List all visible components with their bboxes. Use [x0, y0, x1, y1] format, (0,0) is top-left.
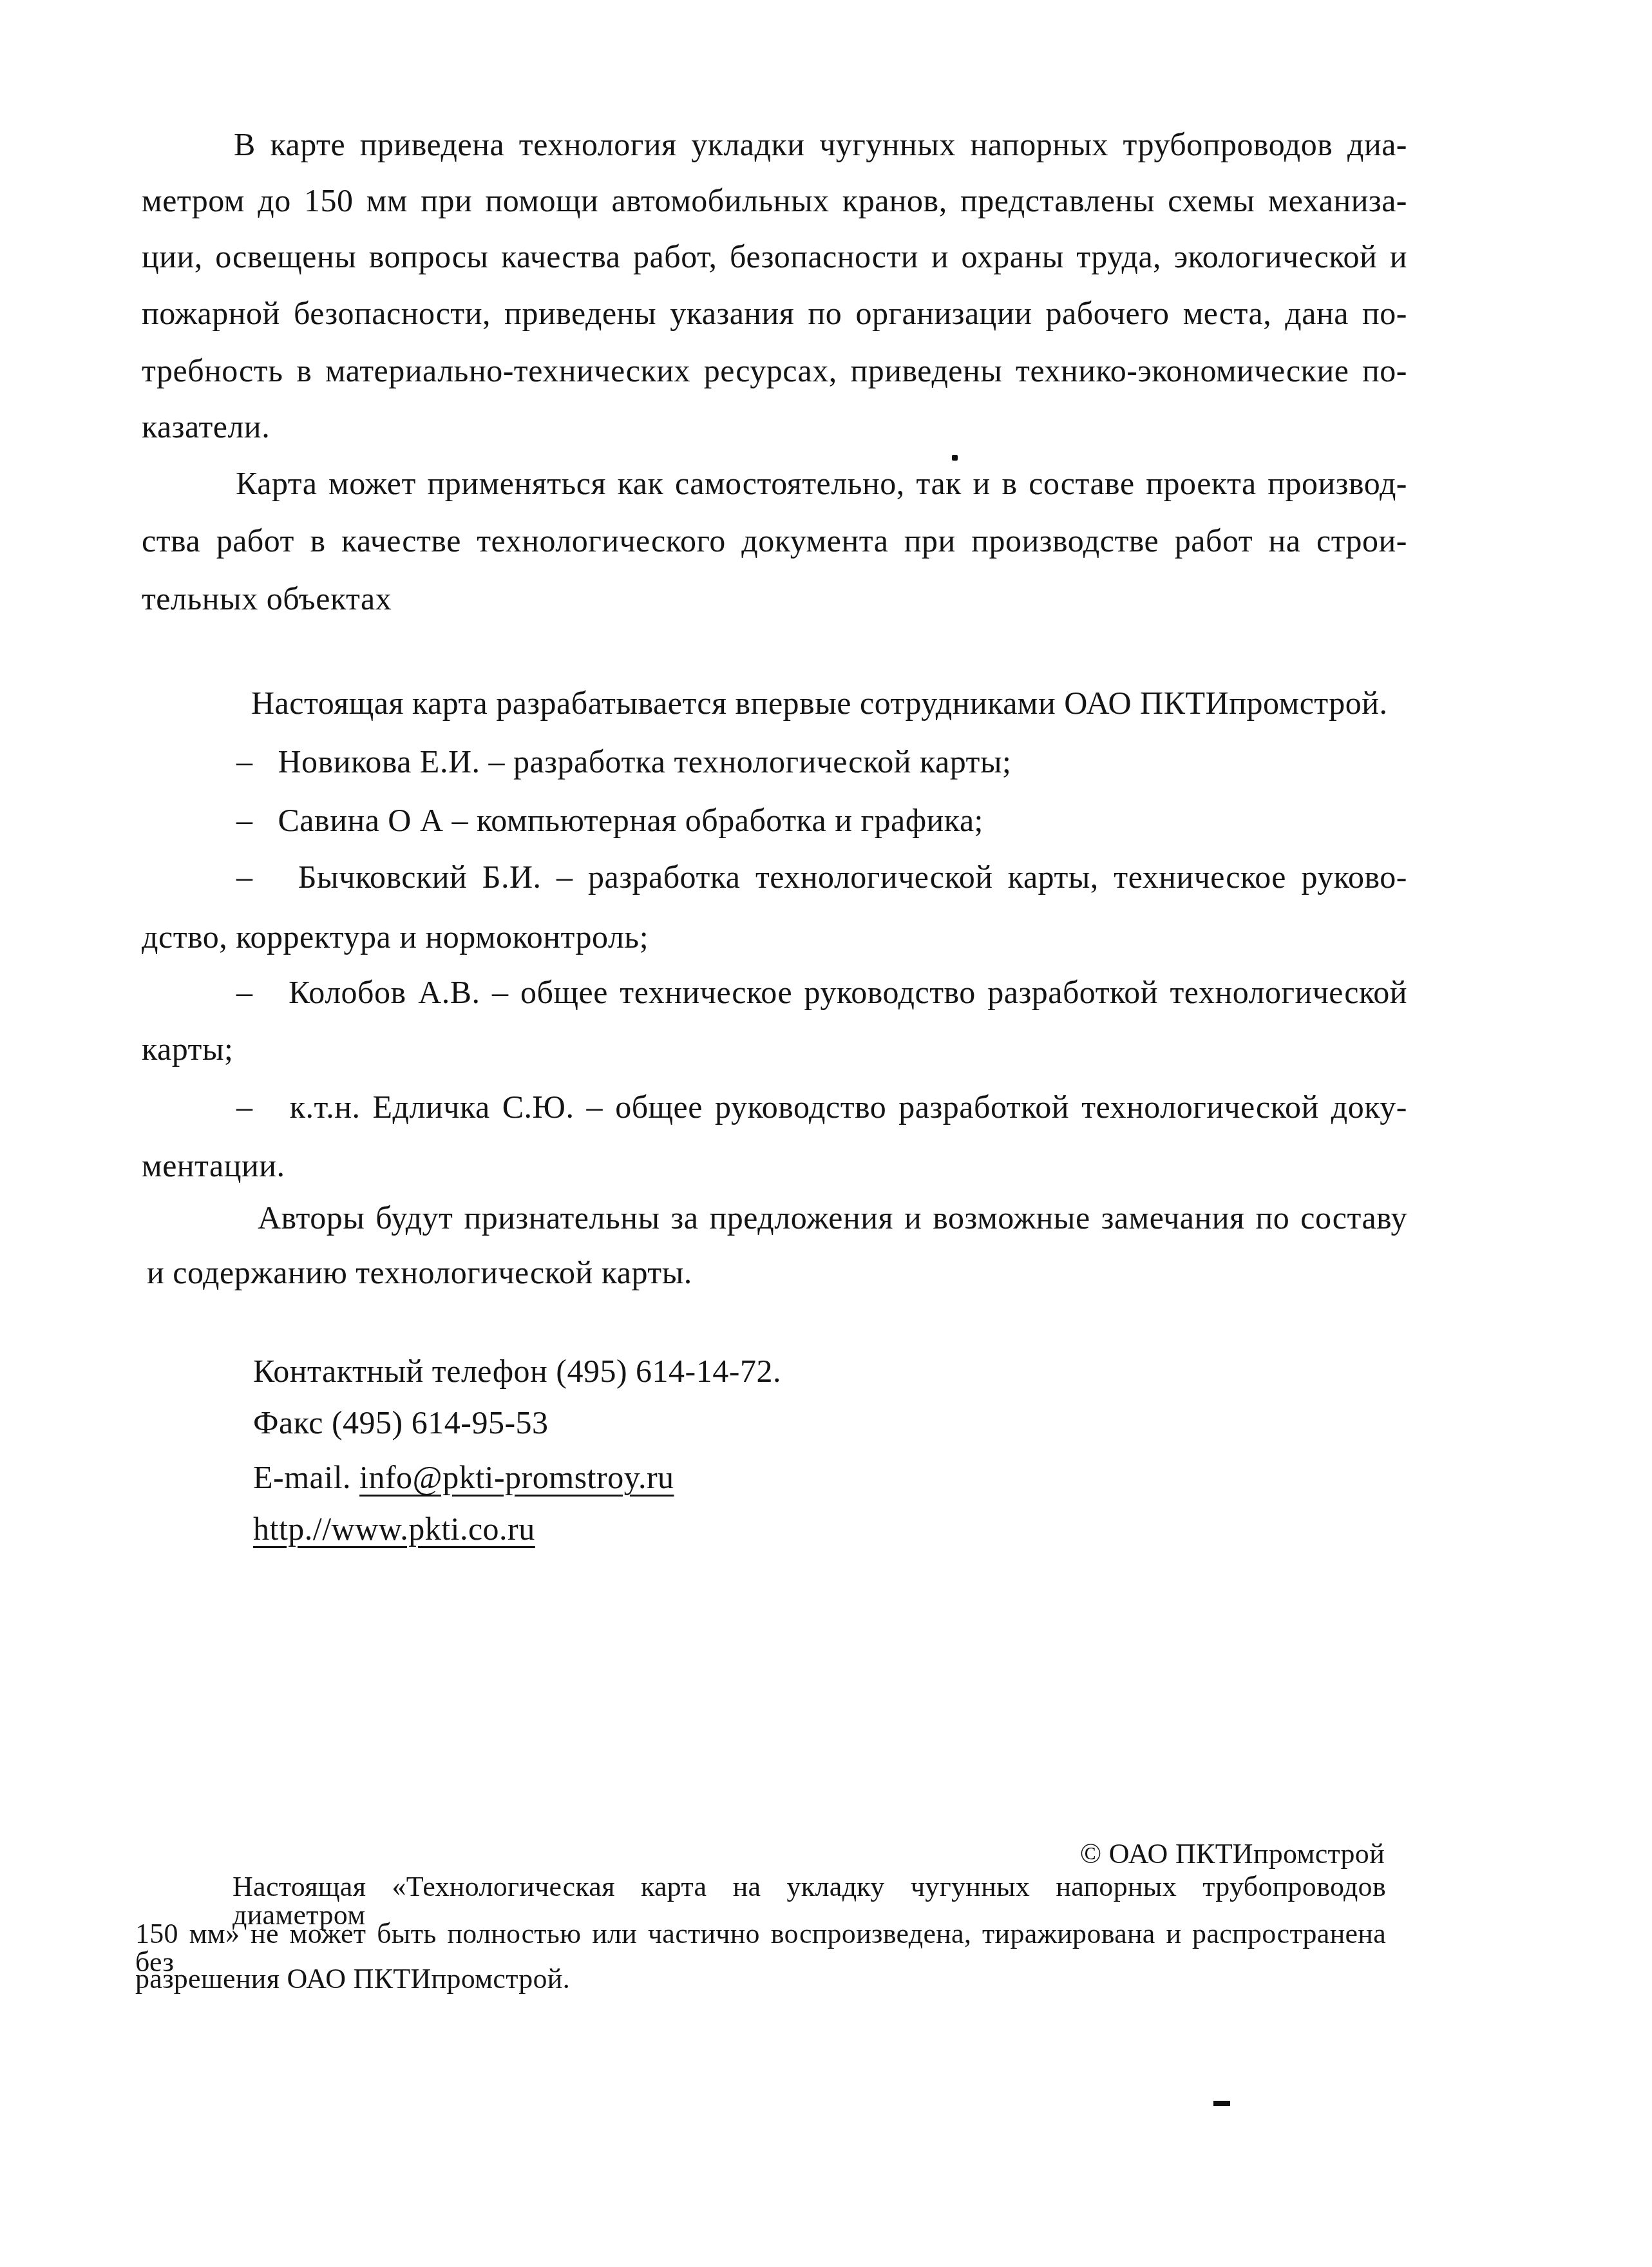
- paragraph-line: Карта может применяться как самостоятель…: [236, 467, 1407, 499]
- contact-fax: Факс (495) 614-95-53: [253, 1406, 549, 1439]
- website-url: http.//www.pkti.co.ru: [253, 1513, 535, 1545]
- list-item: – Колобов А.В. – общее техническое руков…: [236, 976, 1407, 1008]
- list-item-continuation: ментации.: [142, 1149, 1407, 1181]
- copyright-owner: © ОАО ПКТИпромстрой: [1080, 1840, 1385, 1868]
- paragraph-line: требность в материально-технических ресу…: [142, 354, 1407, 387]
- contact-email-line: E-mail. info@pkti-promstroy.ru: [253, 1461, 674, 1493]
- scanned-document-page: В карте приведена технология укладки чуг…: [0, 0, 1652, 2267]
- website-address: http.//www.pkti.co.ru: [253, 1511, 535, 1547]
- paragraph-line: В карте приведена технология укладки чуг…: [234, 128, 1407, 160]
- list-item-continuation: карты;: [142, 1033, 1407, 1065]
- scan-artifact-dot: [952, 455, 958, 461]
- list-item: – Савина О А – компьютерная обработка и …: [236, 804, 1407, 836]
- scan-artifact-dash: [1213, 2101, 1230, 2106]
- list-item-continuation: дство, корректура и нормоконтроль;: [142, 921, 1407, 953]
- copyright-notice-line: разрешения ОАО ПКТИпромстрой.: [135, 1965, 1386, 1993]
- paragraph-line: метром до 150 мм при помощи автомобильны…: [142, 184, 1407, 216]
- paragraph-line: тельных объектах: [142, 582, 1407, 615]
- paragraph-line: и содержанию технологической карты.: [147, 1256, 1407, 1288]
- list-item: – Новикова Е.И. – разработка технологиче…: [236, 745, 1407, 778]
- paragraph-line: Авторы будут признательны за предложения…: [258, 1201, 1407, 1234]
- paragraph-line: ства работ в качестве технологического д…: [142, 524, 1407, 557]
- email-label: E-mail.: [253, 1459, 359, 1495]
- contact-phone: Контактный телефон (495) 614-14-72.: [253, 1355, 781, 1387]
- email-address: info@pkti-promstroy.ru: [359, 1459, 674, 1495]
- paragraph-line: ции, освещены вопросы качества работ, бе…: [142, 240, 1407, 273]
- paragraph-line: пожарной безопасности, приведены указани…: [142, 297, 1407, 329]
- list-item: – к.т.н. Едличка С.Ю. – общее руководств…: [236, 1091, 1407, 1123]
- list-item: – Бычковский Б.И. – разработка технологи…: [236, 861, 1407, 893]
- paragraph-line: казатели.: [142, 410, 1407, 443]
- paragraph-line: Настоящая карта разрабатывается впервые …: [251, 687, 1407, 719]
